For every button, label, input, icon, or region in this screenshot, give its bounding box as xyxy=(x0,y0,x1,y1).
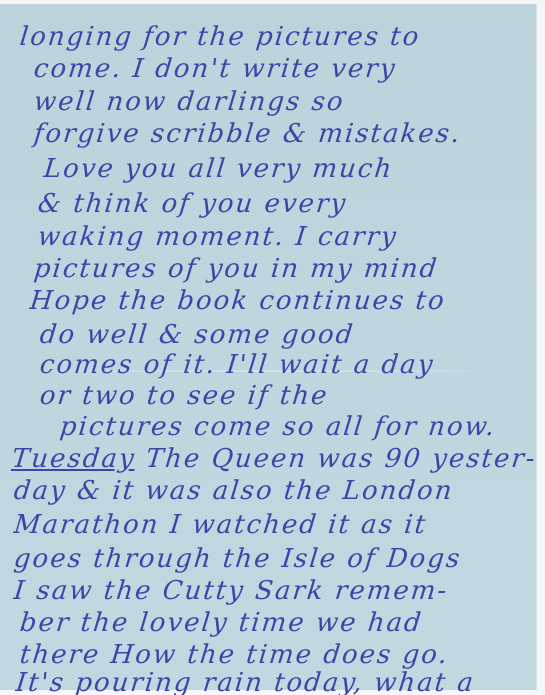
letter-line-1: longing for the pictures to xyxy=(18,22,422,52)
letter-line-6: & think of you every xyxy=(36,189,348,219)
letter-page: longing for the pictures to come. I don'… xyxy=(0,4,536,690)
letter-line-8: pictures of you in my mind xyxy=(32,254,439,284)
letter-line-4: forgive scribble & mistakes. xyxy=(32,119,462,149)
letter-line-3: well now darlings so xyxy=(32,87,346,117)
letter-line-17: goes through the Isle of Dogs xyxy=(12,544,463,574)
letter-line-14: Tuesday The Queen was 90 yester- xyxy=(10,444,538,474)
letter-line-13: pictures come so all for now. xyxy=(58,412,497,442)
letter-line-20: there How the time does go. xyxy=(18,640,450,670)
letter-line-5: Love you all very much xyxy=(42,154,394,184)
letter-line-12: or two to see if the xyxy=(38,381,330,411)
letter-line-15: day & it was also the London xyxy=(12,476,455,506)
underlined-day: Tuesday xyxy=(10,444,137,474)
letter-line-21: It's pouring rain today, what a xyxy=(14,668,476,695)
letter-line-10: do well & some good xyxy=(38,320,356,350)
letter-line-16: Marathon I watched it as it xyxy=(12,510,428,540)
letter-line-19: ber the lovely time we had xyxy=(18,608,424,638)
letter-line-7: waking moment. I carry xyxy=(36,222,399,252)
letter-line-18: I saw the Cutty Sark remem- xyxy=(12,576,449,606)
letter-line-11: comes of it. I'll wait a day xyxy=(38,350,436,380)
letter-line-2: come. I don't write very xyxy=(32,54,398,84)
letter-line-9: Hope the book continues to xyxy=(28,286,447,316)
